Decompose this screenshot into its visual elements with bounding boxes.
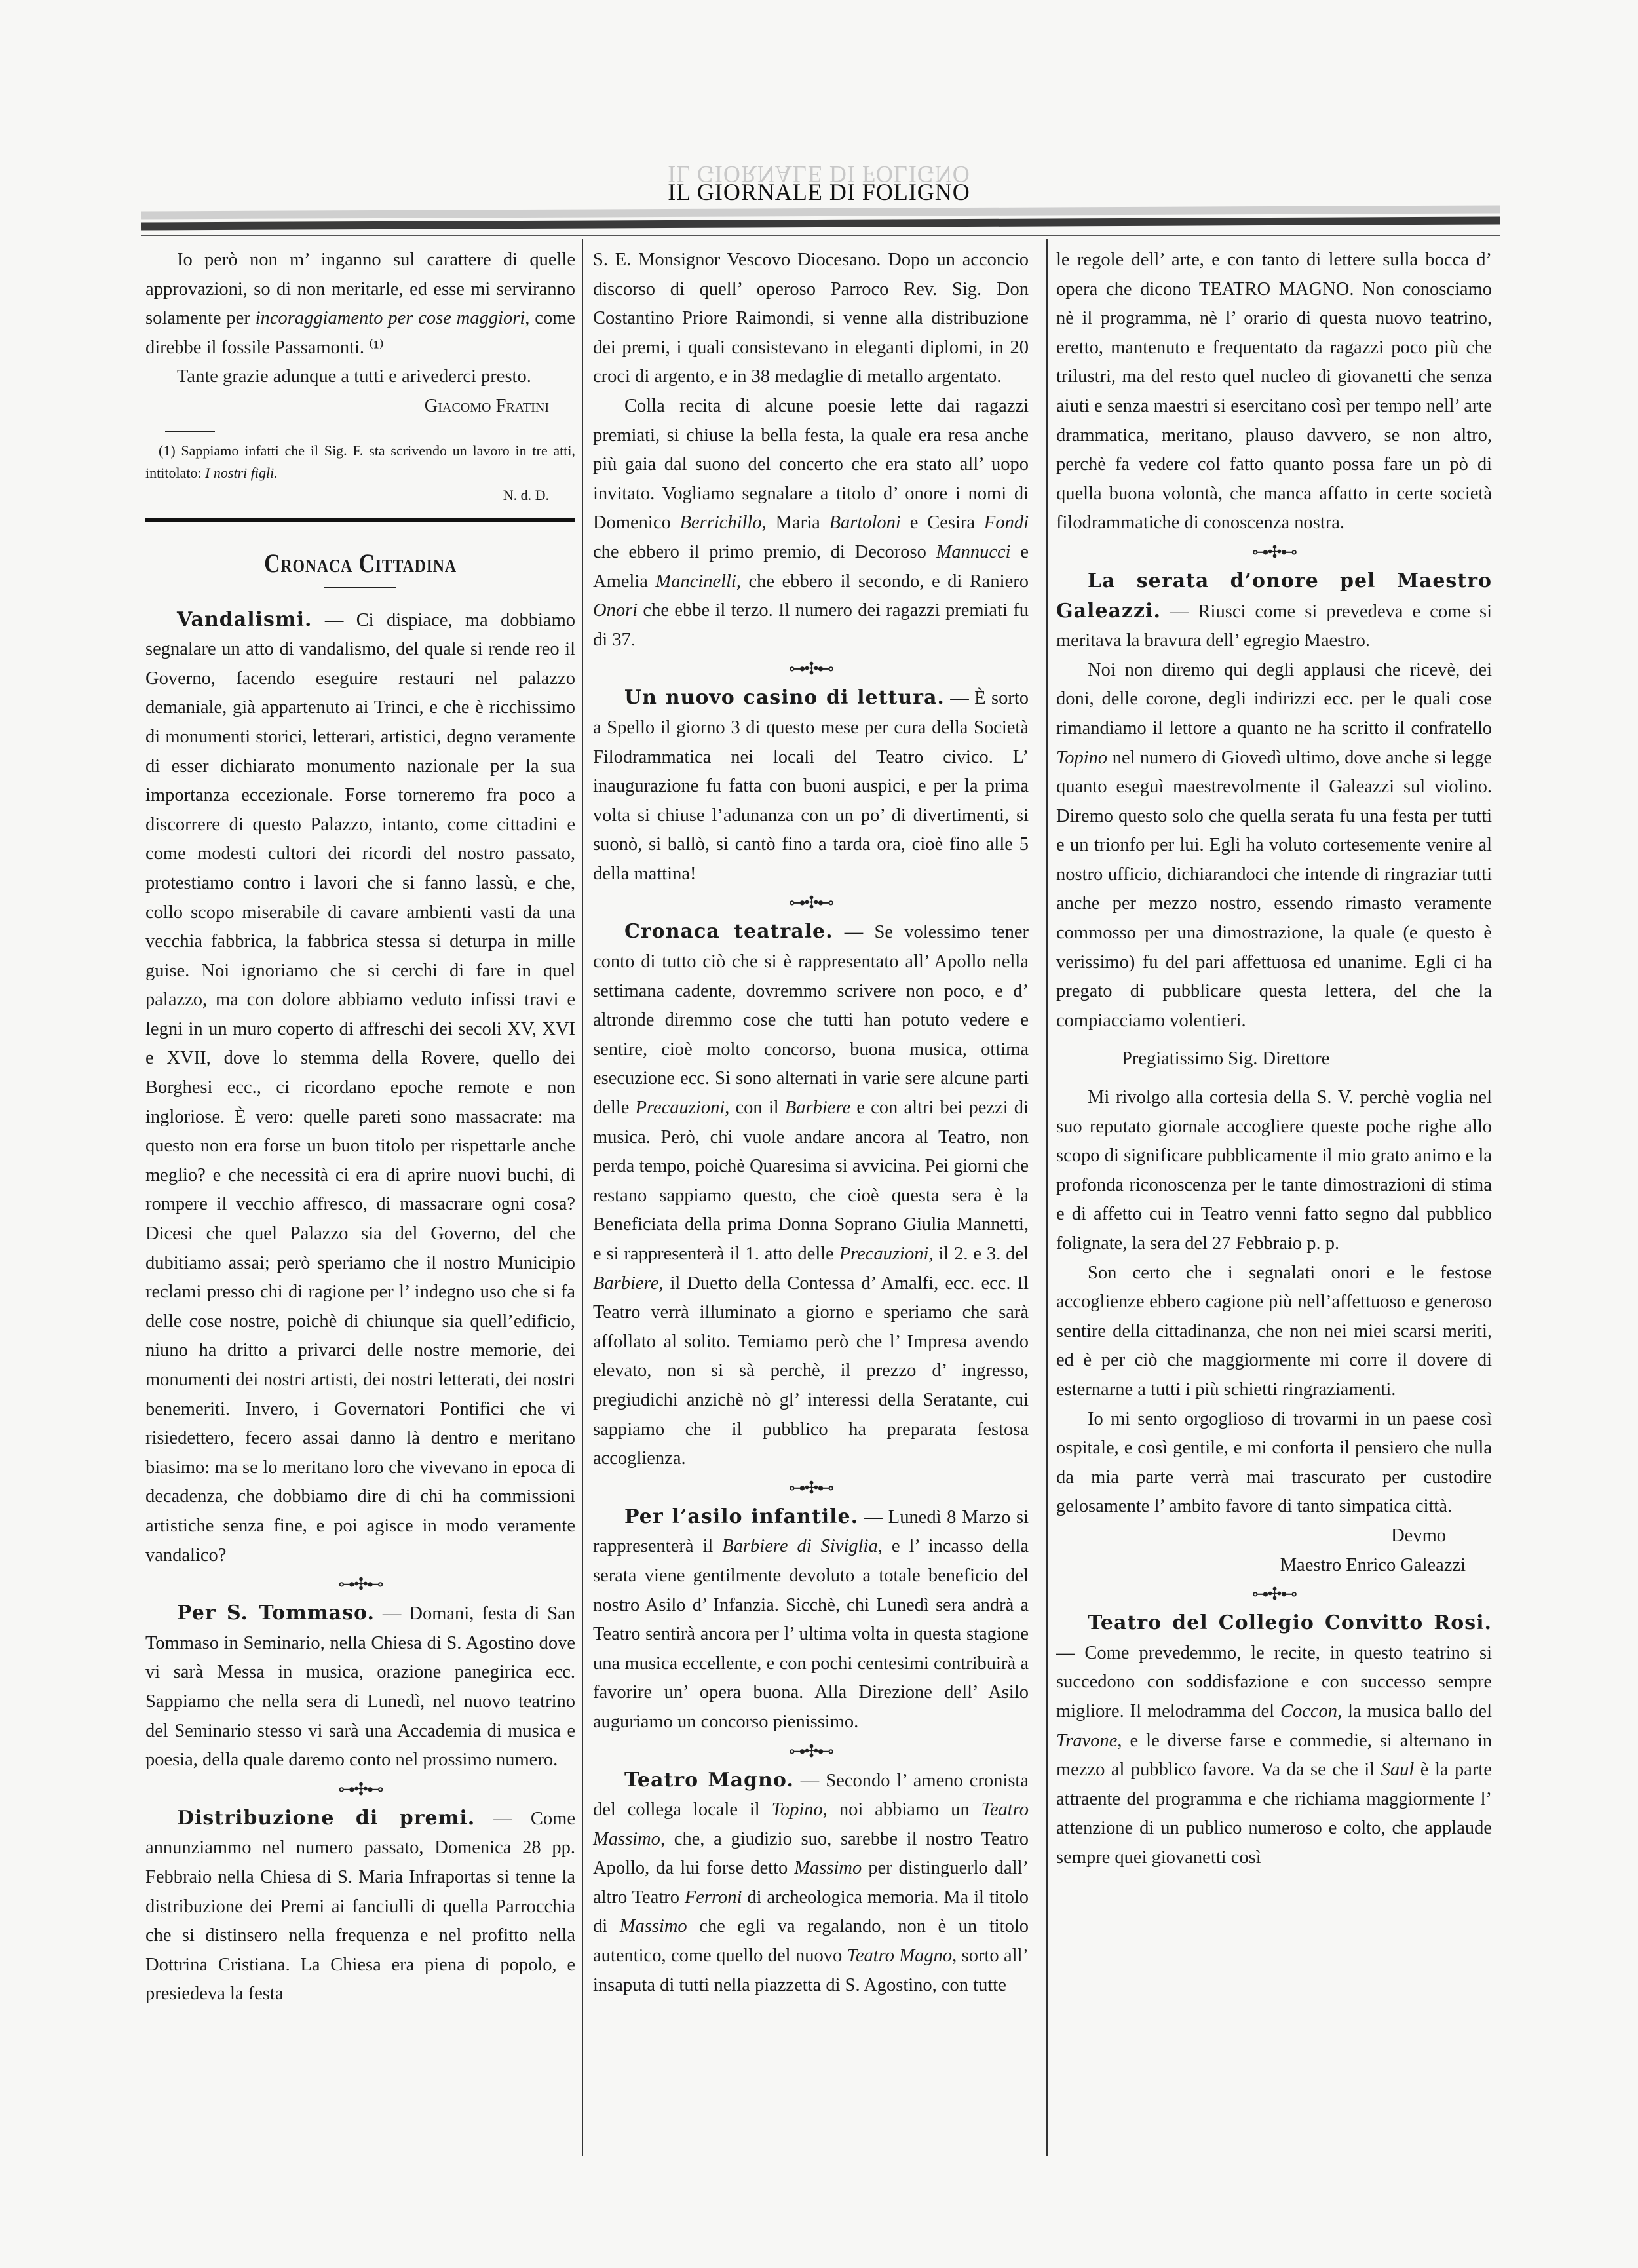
letter-paragraph: Mi rivolgo alla cortesia della S. V. per… <box>1056 1083 1492 1259</box>
newspaper-page: IL GIORNALE DI FOLIGNO IL GIORNALE DI FO… <box>0 0 1638 2268</box>
column-2: S. E. Monsignor Vescovo Diocesano. Dopo … <box>593 246 1029 2000</box>
section-title: Cronaca Cittadina <box>178 545 543 582</box>
column-1: Io però non m’ inganno sul carattere di … <box>145 246 575 2009</box>
footnote-rule <box>165 431 215 432</box>
column-divider <box>1046 239 1048 2156</box>
article-vandalismi: Vandalismi. — Ci dispiace, ma dobbiamo s… <box>145 605 575 1571</box>
column-divider <box>582 239 583 2156</box>
article-continuation: Colla recita di alcune poesie lette dai … <box>593 392 1029 655</box>
column-3: le regole dell’ arte, e con tanto di let… <box>1056 246 1492 1872</box>
article-serata-onore: La serata d’onore pel Maestro Galeazzi. … <box>1056 567 1492 656</box>
article-asilo-infantile: Per l’asilo infantile. — Lunedì 8 Marzo … <box>593 1503 1029 1737</box>
footnote: (1) Sappiamo infatti che il Sig. F. sta … <box>145 440 575 484</box>
article-title: Teatro Magno. <box>624 1769 794 1792</box>
ornament-icon: ⊶✣⊷ <box>593 889 1029 917</box>
article-continuation: le regole dell’ arte, e con tanto di let… <box>1056 246 1492 538</box>
article-title: Per S. Tommaso. <box>177 1602 375 1624</box>
article-title: Teatro del Collegio Convitto Rosi. <box>1088 1611 1492 1634</box>
article-per-s-tommaso: Per S. Tommaso. — Domani, festa di San T… <box>145 1599 575 1775</box>
article-title: Un nuovo casino di lettura. <box>624 686 945 709</box>
letter-paragraph: Tante grazie adunque a tutti e arivederc… <box>145 362 575 392</box>
article-title: Vandalismi. <box>177 608 312 631</box>
ornament-icon: ⊶✣⊷ <box>1056 538 1492 567</box>
heading-rule <box>324 587 396 588</box>
letter-closing: Devmo <box>1056 1522 1492 1551</box>
masthead-title: IL GIORNALE DI FOLIGNO <box>0 178 1638 206</box>
ornament-icon: ⊶✣⊷ <box>593 1474 1029 1503</box>
letter-signature: Maestro Enrico Galeazzi <box>1056 1551 1492 1581</box>
ornament-icon: ⊶✣⊷ <box>593 1737 1029 1766</box>
article-title: Per l’asilo infantile. <box>624 1505 858 1528</box>
letter-signature: Giacomo Fratini <box>145 392 575 421</box>
ornament-icon: ⊶✣⊷ <box>145 1570 575 1599</box>
article-distribuzione-premi: Distribuzione di premi. — Come annunziam… <box>145 1804 575 2009</box>
letter-paragraph: Son certo che i segnalati onori e le fes… <box>1056 1259 1492 1405</box>
letter-salutation: Pregiatissimo Sig. Direttore <box>1056 1045 1492 1074</box>
ornament-icon: ⊶✣⊷ <box>145 1775 575 1804</box>
article-title: Distribuzione di premi. <box>177 1807 475 1830</box>
section-rule <box>145 518 575 522</box>
article-teatro-magno: Teatro Magno. — Secondo l’ ameno cronist… <box>593 1766 1029 2001</box>
article-teatro-collegio: Teatro del Collegio Convitto Rosi. — Com… <box>1056 1609 1492 1872</box>
footnote-sign: N. d. D. <box>145 484 575 507</box>
article-casino-lettura: Un nuovo casino di lettura. — È sorto a … <box>593 683 1029 889</box>
ornament-icon: ⊶✣⊷ <box>593 655 1029 683</box>
ornament-icon: ⊶✣⊷ <box>1056 1580 1492 1609</box>
article-title: Cronaca teatrale. <box>624 920 833 943</box>
article-cronaca-teatrale: Cronaca teatrale. — Se volessimo tener c… <box>593 917 1029 1473</box>
letter-paragraph: Io mi sento orgoglioso di trovarmi in un… <box>1056 1405 1492 1522</box>
letter-paragraph: Io però non m’ inganno sul carattere di … <box>145 246 575 362</box>
header-rule-dark <box>141 216 1500 230</box>
header-rule-thin <box>141 235 1500 236</box>
article-paragraph: Noi non diremo qui degli applausi che ri… <box>1056 656 1492 1036</box>
article-continuation: S. E. Monsignor Vescovo Diocesano. Dopo … <box>593 246 1029 392</box>
